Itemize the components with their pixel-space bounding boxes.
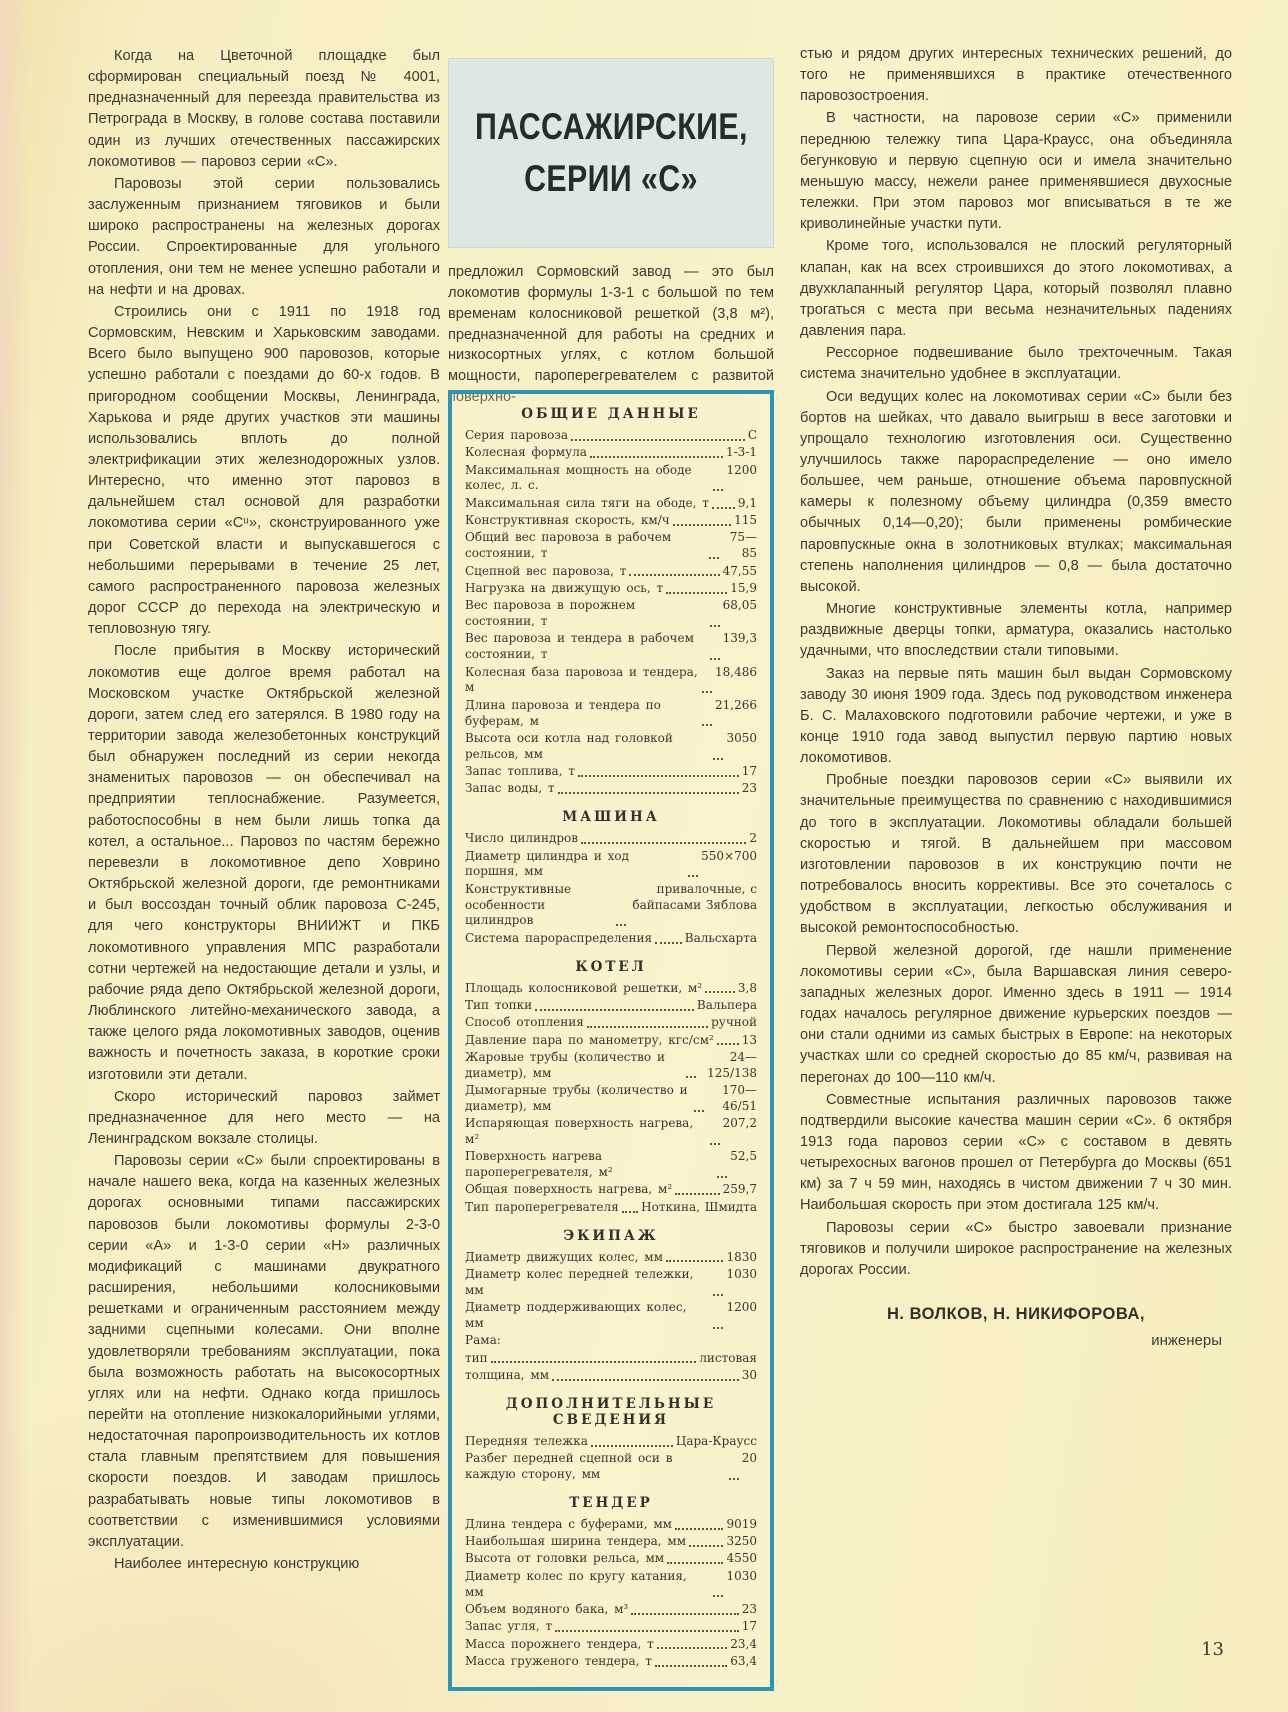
dot-leader (590, 456, 723, 458)
spec-label: Высота от головки рельса, мм (465, 1551, 664, 1567)
spec-row: Рама: (465, 1333, 757, 1349)
dot-leader (713, 1327, 723, 1329)
dot-leader (702, 724, 712, 726)
spec-label: Система парораспределения (465, 931, 652, 947)
spec-value: 21,266 (715, 698, 757, 714)
spec-label: Серия паровоза (465, 428, 568, 444)
article-title-line1: ПАССАЖИРСКИЕ, (475, 106, 748, 148)
page-number: 13 (1201, 1639, 1224, 1660)
page-edge (0, 0, 30, 1712)
spec-value: 24—125/138 (699, 1050, 757, 1082)
spec-table: ОБЩИЕ ДАННЫЕСерия паровозаСКолесная форм… (448, 390, 774, 1691)
spec-row: Диаметр поддерживающих колес, мм1200 (465, 1300, 757, 1332)
spec-value: 13 (742, 1033, 757, 1049)
dot-leader (712, 507, 735, 509)
dot-leader (591, 1445, 673, 1447)
spec-label: Передняя тележка (465, 1434, 588, 1450)
middle-intro-paragraph: предложил Сормовский завод — это был лок… (448, 262, 774, 408)
spec-value: листовая (699, 1351, 757, 1367)
spec-label: Дымогарные трубы (количество и диаметр),… (465, 1083, 691, 1115)
dot-leader (675, 1528, 723, 1530)
dot-leader (555, 1630, 739, 1632)
spec-value: 207,2 (723, 1116, 757, 1132)
spec-label: Масса порожнего тендера, т (465, 1637, 654, 1653)
paragraph: После прибытия в Москву исторический лок… (88, 641, 440, 1085)
dot-leader (713, 1595, 723, 1597)
spec-row: Испаряющая поверхность нагрева, м²207,2 (465, 1116, 757, 1148)
spec-row: Диаметр цилиндра и ход поршня, мм550×700 (465, 849, 757, 881)
paragraph: Когда на Цветочной площадке был сформиро… (88, 46, 440, 173)
dot-leader (710, 658, 720, 660)
spec-value: 139,3 (723, 631, 757, 647)
dot-leader (491, 1361, 697, 1363)
spec-row: типлистовая (465, 1351, 757, 1367)
byline: Н. ВОЛКОВ, Н. НИКИФОРОВА, инженеры (800, 1305, 1232, 1349)
spec-section-heading: ТЕНДЕР (465, 1495, 757, 1511)
spec-value: 3250 (726, 1534, 757, 1550)
spec-row: Масса груженого тендера, т63,4 (465, 1654, 757, 1670)
dot-leader (666, 592, 727, 594)
dot-leader (655, 1665, 727, 1667)
spec-row: Запас угля, т17 (465, 1619, 757, 1635)
spec-label: Длина паровоза и тендера по буферам, м (465, 698, 699, 730)
spec-label: Конструктивная скорость, км/ч (465, 513, 670, 529)
dot-leader (631, 1613, 738, 1615)
spec-row: Площадь колосниковой решетки, м²3,8 (465, 981, 757, 997)
spec-value: 18,486 (715, 665, 757, 681)
spec-label: Колесная база паровоза и тендера, м (465, 665, 699, 697)
spec-row: Общая поверхность нагрева, м²259,7 (465, 1182, 757, 1198)
paragraph: стью и рядом других интересных техническ… (800, 44, 1232, 107)
spec-label: тип (465, 1351, 488, 1367)
spec-label: Диаметр поддерживающих колес, мм (465, 1300, 710, 1332)
spec-label: Число цилиндров (465, 831, 578, 847)
spec-value: 1030 (726, 1569, 757, 1585)
spec-row: Дымогарные трубы (количество и диаметр),… (465, 1083, 757, 1115)
dot-leader (717, 1043, 739, 1045)
article-title-line2: СЕРИИ «С» (524, 158, 698, 200)
spec-value: Цара-Краусс (676, 1434, 757, 1450)
dot-leader (713, 758, 723, 760)
spec-label: Общий вес паровоза в рабочем состоянии, … (465, 530, 706, 562)
spec-label: Высота оси котла над головкой рельсов, м… (465, 731, 710, 763)
spec-label: Максимальная мощность на ободе колес, л.… (465, 463, 710, 495)
spec-label: Способ отопления (465, 1015, 584, 1031)
left-column: Когда на Цветочной площадке был сформиро… (88, 46, 440, 1576)
dot-leader (622, 1211, 639, 1213)
spec-value: Вальсхарта (685, 931, 757, 947)
dot-leader (571, 439, 745, 441)
spec-label: Максимальная сила тяги на ободе, т (465, 496, 709, 512)
spec-label: Нагрузка на движущую ось, т (465, 581, 663, 597)
spec-value: 2 (749, 831, 757, 847)
spec-value: 47,55 (723, 564, 757, 580)
spec-value: 23 (742, 781, 757, 797)
spec-label: Площадь колосниковой решетки, м² (465, 981, 702, 997)
paragraph: Паровозы серии «С» быстро завоевали приз… (800, 1218, 1232, 1281)
spec-value: 9,1 (738, 496, 757, 512)
spec-row: Конструктивные особенности цилиндровприв… (465, 882, 757, 929)
spec-value: 15,9 (730, 581, 757, 597)
dot-leader (587, 1026, 708, 1028)
spec-label: Поверхность нагрева пароперегревателя, м… (465, 1149, 714, 1181)
spec-row: Система парораспределенияВальсхарта (465, 931, 757, 947)
dot-leader (702, 691, 712, 693)
paragraph: Скоро исторический паровоз займет предна… (88, 1087, 440, 1150)
dot-leader (655, 942, 682, 944)
spec-row: Сцепной вес паровоза, т47,55 (465, 564, 757, 580)
spec-label: Диаметр колес передней тележки, мм (465, 1267, 710, 1299)
byline-authors: Н. ВОЛКОВ, Н. НИКИФОРОВА, (800, 1305, 1232, 1324)
spec-value: 1830 (726, 1250, 757, 1266)
paragraph: Паровозы серии «С» были спроектированы в… (88, 1151, 440, 1553)
spec-label: Сцепной вес паровоза, т (465, 564, 626, 580)
spec-row: толщина, мм30 (465, 1368, 757, 1384)
spec-value: 17 (742, 1619, 757, 1635)
spec-row: Вес паровоза в порожнем состоянии, т68,0… (465, 598, 757, 630)
spec-label: Диаметр колес по кругу катания, мм (465, 1569, 710, 1601)
dot-leader (689, 1545, 723, 1547)
spec-label: Конструктивные особенности цилиндров (465, 882, 613, 929)
spec-row: Высота оси котла над головкой рельсов, м… (465, 731, 757, 763)
dot-leader (694, 1110, 704, 1112)
spec-value: 52,5 (730, 1149, 757, 1165)
spec-row: Тип пароперегревателяНоткина, Шмидта (465, 1200, 757, 1216)
spec-row: Запас воды, т23 (465, 781, 757, 797)
spec-value: 9019 (726, 1517, 757, 1533)
dot-leader (710, 1143, 720, 1145)
spec-value: 1200 (726, 1300, 757, 1316)
spec-label: Вес паровоза в порожнем состоянии, т (465, 598, 707, 630)
spec-section-heading: КОТЕЛ (465, 959, 757, 975)
dot-leader (667, 1562, 723, 1564)
spec-row: Наибольшая ширина тендера, мм3250 (465, 1534, 757, 1550)
spec-label: Колесная формула (465, 445, 587, 461)
spec-row: Серия паровозаС (465, 428, 757, 444)
paragraph: Оси ведущих колес на локомотивах серии «… (800, 387, 1232, 599)
dot-leader (616, 924, 626, 926)
paragraph: Рессорное подвешивание было трехточечным… (800, 343, 1232, 385)
spec-value: 4550 (726, 1551, 757, 1567)
spec-value: 17 (742, 764, 757, 780)
article-title: ПАССАЖИРСКИЕ, СЕРИИ «С» (448, 58, 774, 248)
dot-leader (581, 842, 746, 844)
spec-value: 3,8 (738, 981, 757, 997)
spec-row: Давление пара по манометру, кгс/см²13 (465, 1033, 757, 1049)
dot-leader (657, 1647, 728, 1649)
spec-row: Передняя тележкаЦара-Краусс (465, 1434, 757, 1450)
paragraph: Строились они с 1911 по 1918 год Сормовс… (88, 302, 440, 641)
spec-value: 20 (742, 1451, 757, 1467)
spec-label: Масса груженого тендера, т (465, 1654, 652, 1670)
spec-section-heading: ДОПОЛНИТЕЛЬНЫЕ СВЕДЕНИЯ (465, 1396, 757, 1428)
spec-row: Колесная база паровоза и тендера, м18,48… (465, 665, 757, 697)
spec-row: Жаровые трубы (количество и диаметр), мм… (465, 1050, 757, 1082)
spec-row: Диаметр движущих колес, мм1830 (465, 1250, 757, 1266)
spec-value: 68,05 (723, 598, 757, 614)
spec-label: Запас воды, т (465, 781, 555, 797)
spec-label: Испаряющая поверхность нагрева, м² (465, 1116, 707, 1148)
paragraph: Заказ на первые пять машин был выдан Сор… (800, 664, 1232, 770)
dot-leader (675, 1193, 720, 1195)
spec-value: Вальпера (697, 998, 757, 1014)
spec-value: 115 (734, 513, 757, 529)
dot-leader (729, 1478, 739, 1480)
spec-label: Запас топлива, т (465, 764, 575, 780)
spec-value: 75—85 (722, 530, 757, 562)
spec-row: Максимальная мощность на ободе колес, л.… (465, 463, 757, 495)
dot-leader (686, 1076, 696, 1078)
right-column: стью и рядом других интересных техническ… (800, 44, 1232, 1349)
spec-value: 1030 (726, 1267, 757, 1283)
spec-label: Общая поверхность нагрева, м² (465, 1182, 672, 1198)
spec-value: 23,4 (730, 1637, 757, 1653)
right-column-text: стью и рядом других интересных техническ… (800, 44, 1232, 1281)
spec-row: Максимальная сила тяги на ободе, т9,1 (465, 496, 757, 512)
spec-label: Разбег передней сцепной оси в каждую сто… (465, 1451, 726, 1483)
spec-row: Число цилиндров2 (465, 831, 757, 847)
spec-value: привалочные, с байпасами Зяблова (629, 882, 757, 914)
spec-value: 170—46/51 (707, 1083, 757, 1115)
spec-value: 1200 (726, 463, 757, 479)
dot-leader (578, 775, 739, 777)
spec-label: Тип пароперегревателя (465, 1200, 619, 1216)
spec-label: Диаметр цилиндра и ход поршня, мм (465, 849, 685, 881)
spec-row: Колесная формула1-3-1 (465, 445, 757, 461)
dot-leader (666, 1260, 724, 1262)
paragraph: Многие конструктивные элементы котла, на… (800, 599, 1232, 662)
dot-leader (629, 574, 719, 576)
dot-leader (558, 792, 739, 794)
spec-label: Запас угля, т (465, 1619, 552, 1635)
spec-value: 550×700 (701, 849, 757, 865)
spec-value: Ноткина, Шмидта (641, 1200, 757, 1216)
spec-row: Объем водяного бака, м³23 (465, 1602, 757, 1618)
spec-value: 23 (742, 1602, 757, 1618)
spec-section-heading: ОБЩИЕ ДАННЫЕ (465, 406, 757, 422)
spec-label: толщина, мм (465, 1368, 549, 1384)
spec-label: Наибольшая ширина тендера, мм (465, 1534, 686, 1550)
dot-leader (535, 1009, 694, 1011)
spec-row: Длина паровоза и тендера по буферам, м21… (465, 698, 757, 730)
dot-leader (717, 1176, 727, 1178)
spec-row: Разбег передней сцепной оси в каждую сто… (465, 1451, 757, 1483)
spec-row: Общий вес паровоза в рабочем состоянии, … (465, 530, 757, 562)
spec-value: ручной (711, 1015, 757, 1031)
paragraph: В частности, на паровозе серии «С» приме… (800, 108, 1232, 235)
spec-value: 3050 (726, 731, 757, 747)
spec-label: Тип топки (465, 998, 532, 1014)
dot-leader (705, 991, 735, 993)
spec-value: 1-3-1 (726, 445, 757, 461)
dot-leader (709, 557, 719, 559)
spec-value: 259,7 (723, 1182, 757, 1198)
dot-leader (713, 1294, 723, 1296)
spec-row: Поверхность нагрева пароперегревателя, м… (465, 1149, 757, 1181)
paragraph: Пробные поездки паровозов серии «С» выяв… (800, 770, 1232, 939)
spec-row: Диаметр колес по кругу катания, мм1030 (465, 1569, 757, 1601)
spec-row: Высота от головки рельса, мм4550 (465, 1551, 757, 1567)
paragraph: Наиболее интересную конструкцию (88, 1554, 440, 1575)
spec-value: 63,4 (730, 1654, 757, 1670)
paragraph: Совместные испытания различных паровозов… (800, 1090, 1232, 1217)
dot-leader (713, 489, 723, 491)
dot-leader (688, 875, 698, 877)
spec-row: Способ отопленияручной (465, 1015, 757, 1031)
spec-label: Жаровые трубы (количество и диаметр), мм (465, 1050, 683, 1082)
spec-label: Рама: (465, 1333, 501, 1349)
dot-leader (552, 1379, 739, 1381)
spec-row: Вес паровоза и тендера в рабочем состоян… (465, 631, 757, 663)
byline-role: инженеры (800, 1332, 1232, 1349)
spec-section-heading: ЭКИПАЖ (465, 1228, 757, 1244)
spec-label: Диаметр движущих колес, мм (465, 1250, 663, 1266)
spec-value: С (748, 428, 757, 444)
paragraph: Кроме того, использовался не плоский рег… (800, 236, 1232, 342)
dot-leader (673, 524, 731, 526)
spec-row: Длина тендера с буферами, мм9019 (465, 1517, 757, 1533)
spec-label: Длина тендера с буферами, мм (465, 1517, 672, 1533)
spec-section-heading: МАШИНА (465, 809, 757, 825)
spec-value: 30 (742, 1368, 757, 1384)
spec-row: Конструктивная скорость, км/ч115 (465, 513, 757, 529)
spec-row: Запас топлива, т17 (465, 764, 757, 780)
spec-row: Нагрузка на движущую ось, т15,9 (465, 581, 757, 597)
paragraph: Паровозы этой серии пользовались заслуже… (88, 174, 440, 301)
spec-row: Тип топкиВальпера (465, 998, 757, 1014)
spec-label: Давление пара по манометру, кгс/см² (465, 1033, 714, 1049)
dot-leader (710, 625, 720, 627)
spec-row: Масса порожнего тендера, т23,4 (465, 1637, 757, 1653)
spec-label: Объем водяного бака, м³ (465, 1602, 628, 1618)
spec-label: Вес паровоза и тендера в рабочем состоян… (465, 631, 707, 663)
spec-row: Диаметр колес передней тележки, мм1030 (465, 1267, 757, 1299)
paragraph: Первой железной дорогой, где нашли приме… (800, 941, 1232, 1089)
